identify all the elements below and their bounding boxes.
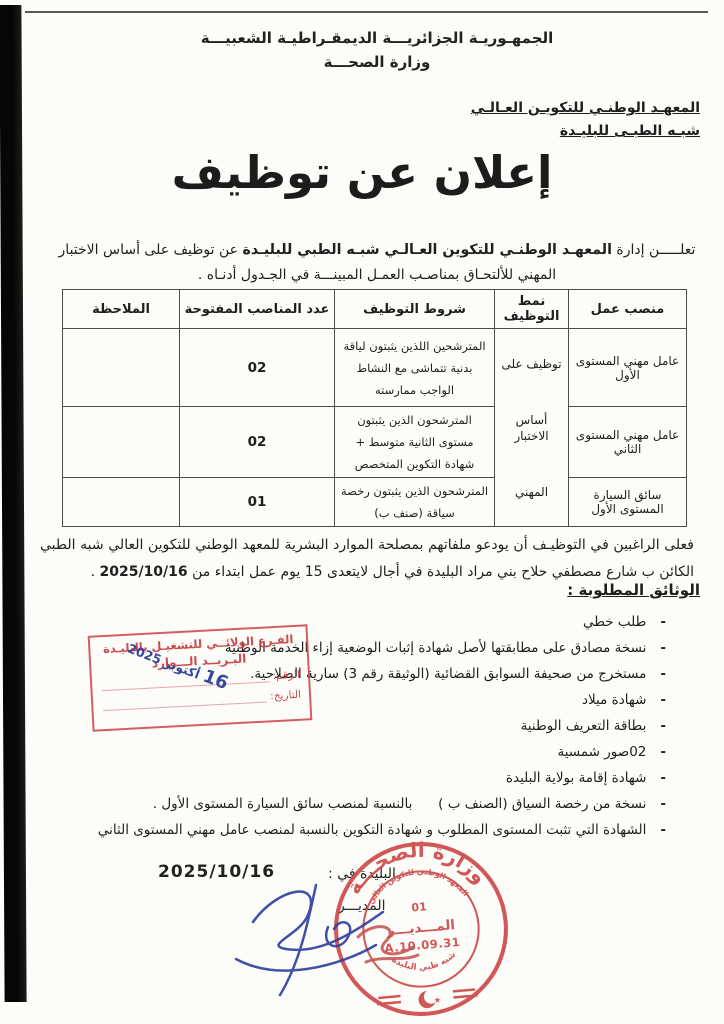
- table-row: سائق السيارة المستوى الأول المترشحون الذ…: [63, 478, 687, 527]
- col-header-mode: نمط التوظيف: [495, 290, 569, 329]
- dotted-leader: [104, 702, 267, 712]
- ministry-title: وزارة الصحـــة: [130, 50, 624, 74]
- col-header-conditions: شروط التوظيف: [335, 290, 495, 329]
- intro-institute-bold: المعهـد الوطنـي للتكوين العـالـي شبـه ال…: [242, 242, 612, 258]
- note-cell: [63, 407, 180, 478]
- open-count-cell: 02: [180, 329, 335, 407]
- required-documents-heading: الوثائق المطلوبة :: [567, 581, 700, 599]
- note-cell: [63, 329, 180, 407]
- list-item: -الشهادة التي تثبت المستوى المطلوب و شها…: [30, 817, 666, 843]
- position-cell: سائق السيارة المستوى الأول: [569, 478, 687, 527]
- government-header: الجمهـوريـة الجزائريـــة الديمقـراطيـة ا…: [130, 26, 624, 74]
- note-cell: [63, 478, 180, 527]
- institute-name-line2: شبـه الطبـى للبليـدة: [471, 120, 700, 143]
- dash-bullet: -: [660, 817, 666, 843]
- jobs-table: منصب عمل نمط التوظيف شروط التوظيف عدد ال…: [62, 289, 687, 527]
- list-item-text: طلب خطي: [583, 614, 646, 630]
- stamp-number-label: الرقم:: [272, 665, 300, 686]
- col-header-position: منصب عمل: [569, 290, 687, 329]
- republic-title: الجمهـوريـة الجزائريـــة الديمقـراطيـة ا…: [130, 26, 624, 50]
- list-item-text: شهادة إقامة بولاية البليدة: [506, 770, 646, 786]
- dash-bullet: -: [660, 609, 666, 635]
- list-item-text: الشهادة التي تثبت المستوى المطلوب و شهاد…: [98, 822, 647, 838]
- intro-lead: تعلـــــن إدارة: [612, 242, 695, 258]
- conditions-cell: المترشحين اللذين يثبتون لياقة بدنية تتما…: [335, 329, 495, 407]
- application-deadline-date: 2025/10/16: [99, 564, 187, 580]
- list-item-text: 02صور شمسية: [557, 744, 646, 760]
- director-signature: [208, 866, 448, 1018]
- institute-name-line1: المعهـد الوطنـي للتكويـن العـالـي: [471, 97, 700, 120]
- col-header-note: الملاحظة: [63, 290, 180, 329]
- dash-bullet: -: [660, 687, 666, 713]
- list-item-text: شهادة ميلاد: [582, 692, 646, 708]
- scan-top-line-artifact: [25, 11, 708, 13]
- dash-bullet: -: [660, 765, 666, 791]
- dash-bullet: -: [660, 791, 666, 817]
- position-cell: عامل مهني المستوى الأول: [569, 329, 687, 407]
- open-count-cell: 01: [180, 478, 335, 527]
- dash-bullet: -: [660, 661, 666, 687]
- mode-line-3: المهني: [515, 484, 548, 500]
- page-title: إعلان عن توظيف: [0, 146, 724, 199]
- dash-bullet: -: [660, 635, 666, 661]
- list-item: -طلب خطي: [30, 609, 666, 635]
- list-item-text: نسخة من رخصة السياق (الصنف ب ) بالنسبة ل…: [153, 796, 647, 812]
- application-instructions: فعلى الراغبين في التوظيـف أن يودعو ملفات…: [40, 532, 694, 586]
- stamp-date-label: التاريخ:: [270, 685, 302, 707]
- conditions-cell: المترشحون الذين يثبتون رخصة سياقة (صنف ب…: [335, 478, 495, 527]
- intro-paragraph: تعلـــــن إدارة المعهـد الوطنـي للتكوين …: [58, 238, 696, 288]
- mode-line-2: أساس الاختبار: [499, 412, 564, 444]
- position-cell: عامل مهني المستوى الثاني: [569, 407, 687, 478]
- table-header-row: منصب عمل نمط التوظيف شروط التوظيف عدد ال…: [63, 290, 687, 329]
- list-item: -نسخة من رخصة السياق (الصنف ب ) بالنسبة …: [30, 791, 666, 817]
- col-header-open-count: عدد المناصب المفتوحة: [180, 290, 335, 329]
- recruitment-mode-cell: توظيف على أساس الاختبار المهني: [495, 329, 569, 527]
- dash-bullet: -: [660, 739, 666, 765]
- institute-header: المعهـد الوطنـي للتكويـن العـالـي شبـه ا…: [471, 97, 700, 143]
- dash-bullet: -: [660, 713, 666, 739]
- open-count-cell: 02: [180, 407, 335, 478]
- list-item: -02صور شمسية: [30, 739, 666, 765]
- scanned-document-page: الجمهـوريـة الجزائريـــة الديمقـراطيـة ا…: [0, 0, 724, 1024]
- table-row: عامل مهني المستوى الثاني المترشحون الذين…: [63, 407, 687, 478]
- list-item-text: بطاقة التعريف الوطنية: [521, 718, 647, 734]
- conditions-cell: المترشحون الذين يثبتون مستوى الثانية متو…: [335, 407, 495, 478]
- table-row: عامل مهني المستوى الأول توظيف على أساس ا…: [63, 329, 687, 407]
- list-item: -شهادة إقامة بولاية البليدة: [30, 765, 666, 791]
- mode-line-1: توظيف على: [501, 356, 561, 372]
